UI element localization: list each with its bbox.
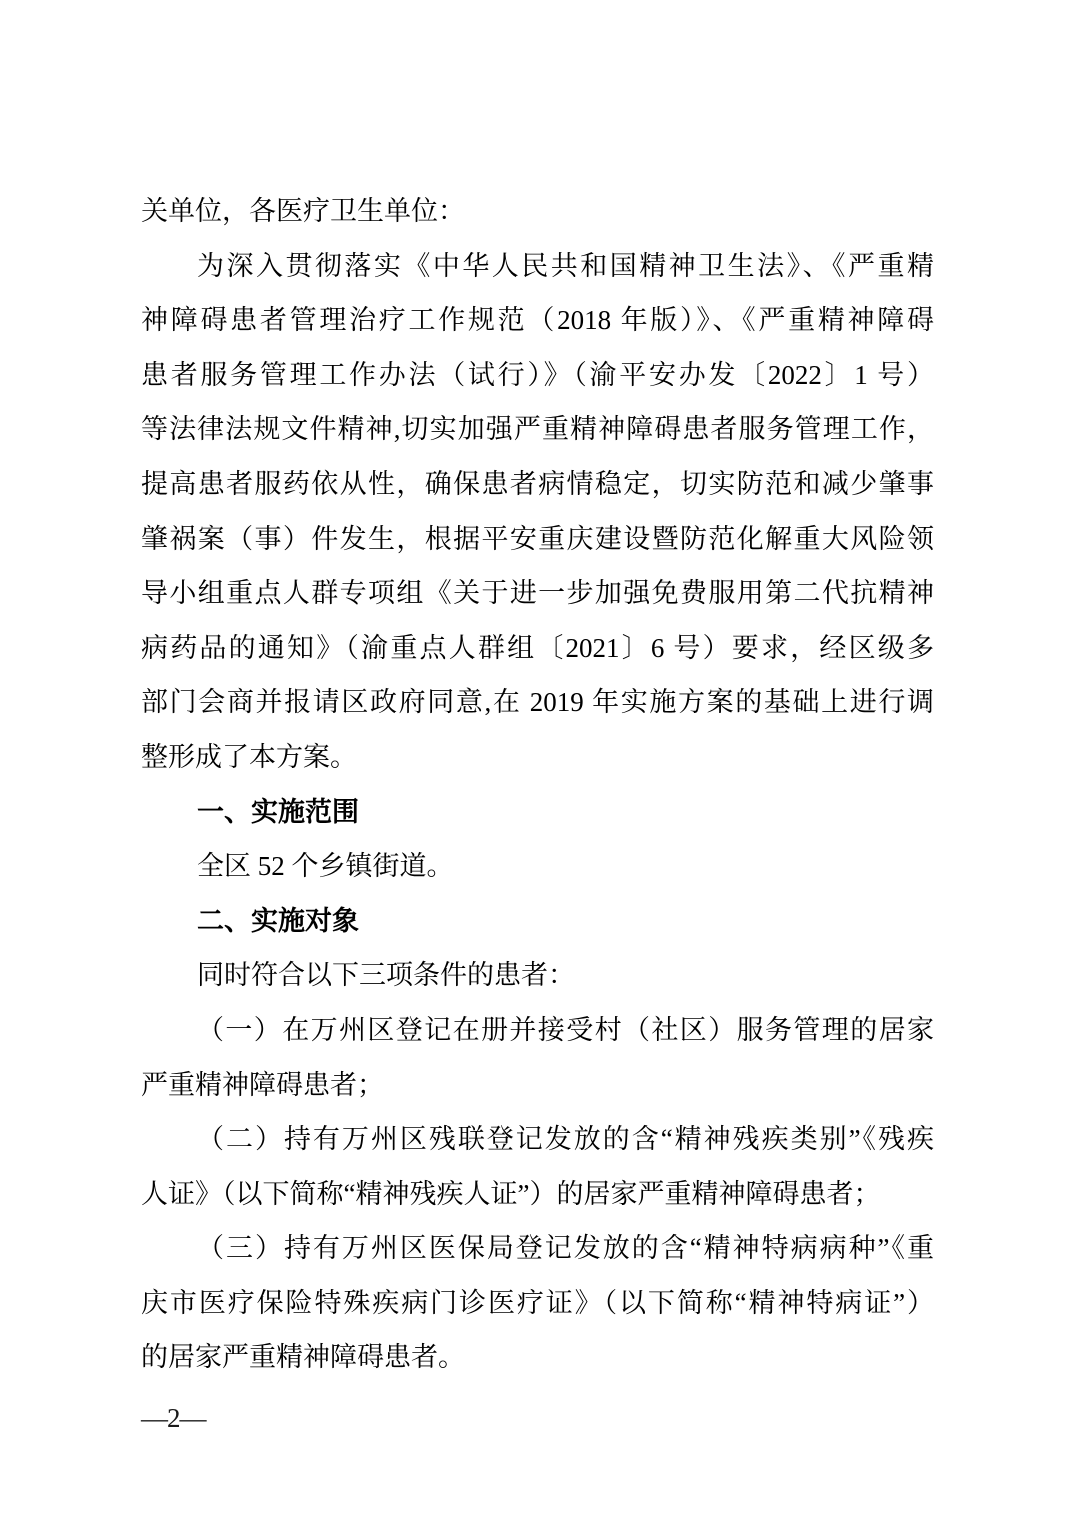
text-line: 的居家严重精神障碍患者。 (141, 1330, 934, 1385)
text-line: （一）在万州区登记在册并接受村（社区）服务管理的居家 (141, 1003, 934, 1058)
text-line: 导小组重点人群专项组《关于进一步加强免费服用第二代抗精神 (141, 566, 934, 621)
text-line: 同时符合以下三项条件的患者： (141, 948, 934, 1003)
text-line: 提高患者服药依从性，确保患者病情稳定，切实防范和减少肇事 (141, 457, 934, 512)
text-line: 等法律法规文件精神,切实加强严重精神障碍患者服务管理工作， (141, 402, 934, 457)
text-line: 全区 52 个乡镇街道。 (141, 839, 934, 894)
text-line: （二）持有万州区残联登记发放的含“精神残疾类别”《残疾 (141, 1112, 934, 1167)
continuation-line: 关单位，各医疗卫生单位： (141, 184, 934, 239)
text-line: 患者服务管理工作办法（试行）》（渝平安办发〔2022〕1 号） (141, 348, 934, 403)
text-line: （三）持有万州区医保局登记发放的含“精神特病病种”《重 (141, 1221, 934, 1276)
text-line: 病药品的通知》（渝重点人群组〔2021〕6 号）要求，经区级多 (141, 621, 934, 676)
text-line: 神障碍患者管理治疗工作规范（2018 年版）》、《严重精神障碍 (141, 293, 934, 348)
section-heading-1: 一、实施范围 (141, 785, 934, 840)
document-body: 关单位，各医疗卫生单位： 为深入贯彻落实《中华人民共和国精神卫生法》、《严重精 … (141, 184, 934, 1385)
page-number: —2— (141, 1401, 206, 1435)
text-line: 庆市医疗保险特殊疾病门诊医疗证》（以下简称“精神特病证”） (141, 1276, 934, 1331)
text-line: 部门会商并报请区政府同意,在 2019 年实施方案的基础上进行调 (141, 675, 934, 730)
text-line: 整形成了本方案。 (141, 730, 934, 785)
section-heading-2: 二、实施对象 (141, 894, 934, 949)
text-line: 严重精神障碍患者； (141, 1058, 934, 1113)
document-page: 关单位，各医疗卫生单位： 为深入贯彻落实《中华人民共和国精神卫生法》、《严重精 … (0, 0, 1074, 1520)
text-line: 为深入贯彻落实《中华人民共和国精神卫生法》、《严重精 (141, 239, 934, 294)
text-line: 人证》（以下简称“精神残疾人证”）的居家严重精神障碍患者； (141, 1167, 934, 1222)
text-line: 肇祸案（事）件发生，根据平安重庆建设暨防范化解重大风险领 (141, 512, 934, 567)
